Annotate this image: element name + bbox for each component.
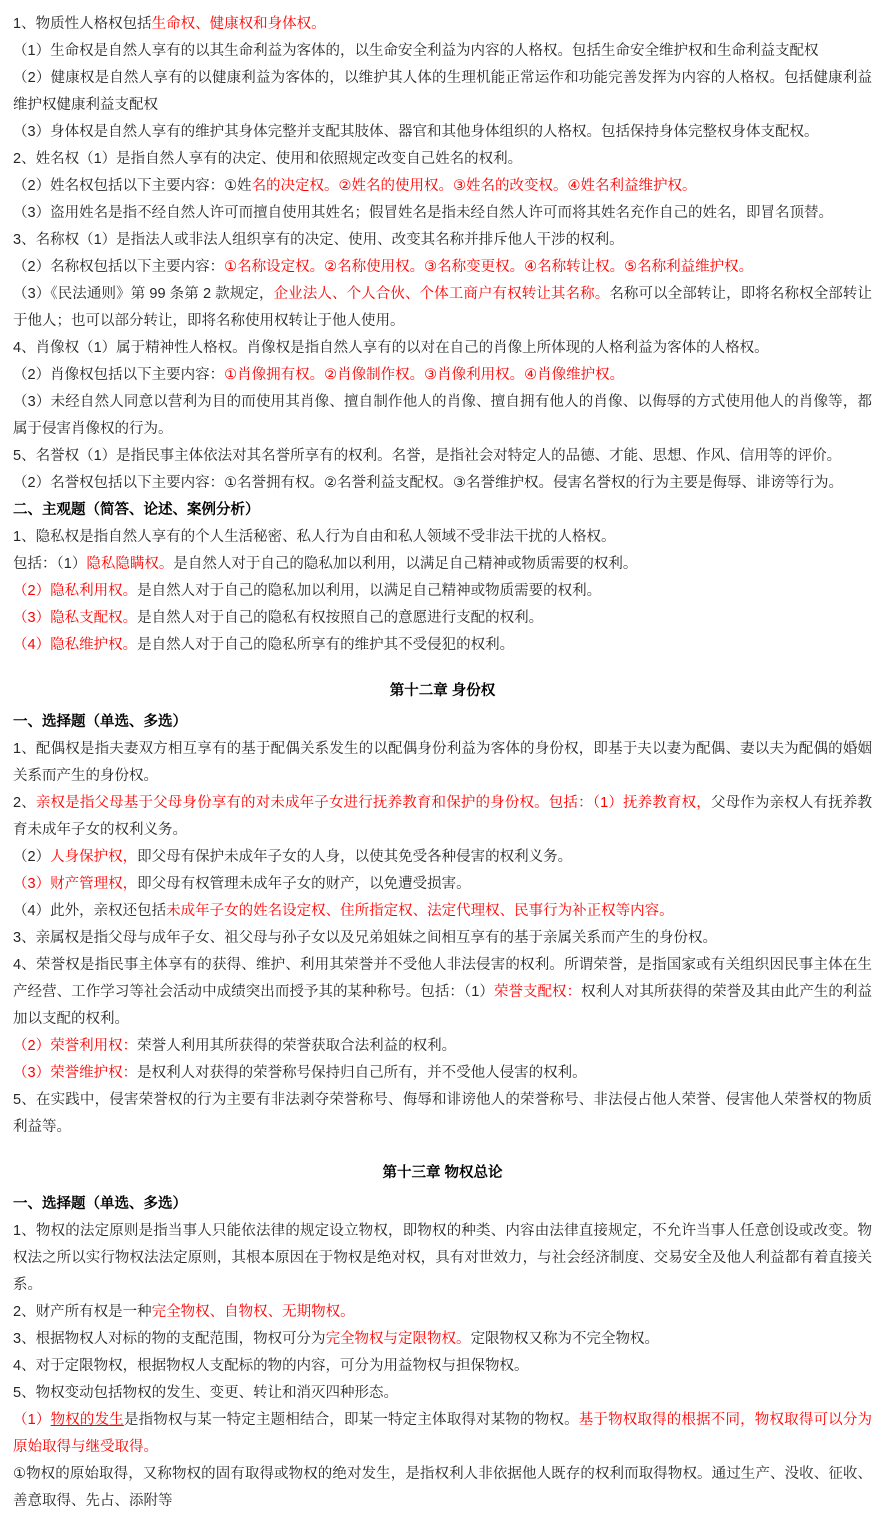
list-item: （3）财产管理权，即父母有权管理未成年子女的财产，以免遭受损害。 [13,871,872,898]
list-item: （4）隐私维护权。是自然人对于自己的隐私所享有的维护其不受侵犯的权利。 [13,632,872,659]
text-segment: （3）《民法通则》第 99 条第 2 款规定， [13,286,274,302]
text-segment: ①肖像拥有权。②肖像制作权。③肖像利用权。④肖像维护权。 [224,367,624,383]
text-segment: （1）生命权是自然人享有的以其生命利益为客体的，以生命安全利益为内容的人格权。包… [13,43,819,59]
text-segment: （3）荣誉维护权： [13,1065,137,1081]
list-item: （2）名称权包括以下主要内容：①名称设定权。②名称使用权。③名称变更权。④名称转… [13,254,872,281]
text-segment: （3）隐私支配权。 [13,610,137,626]
list-item: （2）隐私利用权。是自然人对于自己的隐私加以利用，以满足自己精神或物质需要的权利… [13,578,872,605]
list-item: 4、肖像权（1）属于精神性人格权。肖像权是指自然人享有的以对在自己的肖像上所体现… [13,335,872,362]
text-segment: （3）盗用姓名是指不经自然人许可而擅自使用其姓名；假冒姓名是指未经自然人许可而将… [13,205,833,221]
text-segment: （3）未经自然人同意以营利为目的而使用其肖像、擅自制作他人的肖像、擅自拥有他人的… [13,394,872,437]
text-segment: 4、对于定限物权，根据物权人支配标的物的内容，可分为用益物权与担保物权。 [13,1358,529,1374]
text-segment: （2）隐私利用权。 [13,583,137,599]
text-segment: 物权的发生 [51,1412,124,1428]
list-item: 3、根据物权人对标的物的支配范围，物权可分为完全物权与定限物权。定限物权又称为不… [13,1326,872,1353]
list-item: （2）人身保护权，即父母有保护未成年子女的人身，以使其免受各种侵害的权利义务。 [13,844,872,871]
list-item: 5、物权变动包括物权的发生、变更、转让和消灭四种形态。 [13,1380,872,1407]
list-item: 4、对于定限物权，根据物权人支配标的物的内容，可分为用益物权与担保物权。 [13,1353,872,1380]
text-segment: （2）健康权是自然人享有的以健康利益为客体的，以维护其人体的生理机能正常运作和功… [13,70,872,113]
list-item: 5、名誉权（1）是指民事主体依法对其名誉所享有的权利。名誉，是指社会对特定人的品… [13,443,872,470]
text-segment: （3）身体权是自然人享有的维护其身体完整并支配其肢体、器官和其他身体组织的人格权… [13,124,819,140]
list-item: 5、在实践中，侵害荣誉权的行为主要有非法剥夺荣誉称号、侮辱和诽谤他人的荣誉称号、… [13,1087,872,1141]
list-item: 3、亲属权是指父母与成年子女、祖父母与孙子女以及兄弟姐妹之间相互享有的基于亲属关… [13,925,872,952]
list-item: 1、配偶权是指夫妻双方相互享有的基于配偶关系发生的以配偶身份利益为客体的身份权，… [13,736,872,790]
text-segment: 包括：（1） [13,556,86,572]
text-segment: ①名称设定权。②名称使用权。③名称变更权。④名称转让权。⑤名称利益维护权。 [224,259,753,275]
list-item: 1、物质性人格权包括生命权、健康权和身体权。 [13,11,872,38]
list-item: 2、亲权是指父母基于父母身份享有的对未成年子女进行抚养教育和保护的身份权。包括：… [13,790,872,844]
text-segment: 定限物权又称为不完全物权。 [471,1331,660,1347]
text-segment: （2）荣誉利用权： [13,1038,137,1054]
text-segment: 5、物权变动包括物权的发生、变更、转让和消灭四种形态。 [13,1385,398,1401]
text-segment: 1、物权的法定原则是指当事人只能依法律的规定设立物权，即物权的种类、内容由法律直… [13,1223,872,1293]
list-item: （3）未经自然人同意以营利为目的而使用其肖像、擅自制作他人的肖像、擅自拥有他人的… [13,389,872,443]
list-item: 2、姓名权（1）是指自然人享有的决定、使用和依照规定改变自己姓名的权利。 [13,146,872,173]
text-segment: 荣誉支配权： [494,984,581,1000]
text-segment: （2）名誉权包括以下主要内容：①名誉拥有权。②名誉利益支配权。③名誉维护权。侵害… [13,475,843,491]
text-segment: 1、隐私权是指自然人享有的个人生活秘密、私人行为自由和私人领域不受非法干扰的人格… [13,529,616,545]
list-item: （2）肖像权包括以下主要内容：①肖像拥有权。②肖像制作权。③肖像利用权。④肖像维… [13,362,872,389]
chapter-heading: 第十二章 身份权 [13,678,872,705]
text-segment: 2、财产所有权是一种 [13,1304,152,1320]
text-segment: 名的决定权。②姓名的使用权。③姓名的改变权。④姓名利益维护权。 [252,178,697,194]
text-segment: 是自然人对于自己的隐私所享有的维护其不受侵犯的权利。 [137,637,514,653]
text-segment: 3、根据物权人对标的物的支配范围，物权可分为 [13,1331,326,1347]
list-item: （2）荣誉利用权：荣誉人利用其所获得的荣誉获取合法利益的权利。 [13,1033,872,1060]
list-item: （1）生命权是自然人享有的以其生命利益为客体的，以生命安全利益为内容的人格权。包… [13,38,872,65]
document-page: 1、物质性人格权包括生命权、健康权和身体权。（1）生命权是自然人享有的以其生命利… [0,0,885,1535]
text-segment: 3、名称权（1）是指法人或非法人组织享有的决定、使用、改变其名称并排斥他人干涉的… [13,232,624,248]
text-segment: 3、亲属权是指父母与成年子女、祖父母与孙子女以及兄弟姐妹之间相互享有的基于亲属关… [13,930,717,946]
text-segment: 是自然人对于自己的隐私有权按照自己的意愿进行支配的权利。 [137,610,543,626]
section-heading: 一、选择题（单选、多选） [13,709,872,736]
text-segment: 4、肖像权（1）属于精神性人格权。肖像权是指自然人享有的以对在自己的肖像上所体现… [13,340,769,356]
list-item: 1、物权的法定原则是指当事人只能依法律的规定设立物权，即物权的种类、内容由法律直… [13,1218,872,1299]
list-item: （3）隐私支配权。是自然人对于自己的隐私有权按照自己的意愿进行支配的权利。 [13,605,872,632]
text-segment: （2） [13,849,50,865]
list-item: 1、隐私权是指自然人享有的个人生活秘密、私人行为自由和私人领域不受非法干扰的人格… [13,524,872,551]
section-heading: 一、选择题（单选、多选） [13,1191,872,1218]
text-segment: 5、名誉权（1）是指民事主体依法对其名誉所享有的权利。名誉，是指社会对特定人的品… [13,448,841,464]
text-segment: 二、主观题（简答、论述、案例分析） [13,502,260,518]
list-item: （3）身体权是自然人享有的维护其身体完整并支配其肢体、器官和其他身体组织的人格权… [13,119,872,146]
text-segment: （4）隐私维护权。 [13,637,137,653]
text-segment: 是权利人对获得的荣誉称号保持归自己所有，并不受他人侵害的权利。 [137,1065,587,1081]
list-item: （1）物权的发生是指物权与某一特定主题相结合，即某一特定主体取得对某物的物权。基… [13,1407,872,1461]
text-segment: ①物权的原始取得，又称物权的固有取得或物权的绝对发生，是指权利人非依据他人既存的… [13,1466,872,1509]
list-item: 4、荣誉权是指民事主体享有的获得、维护、利用其荣誉并不受他人非法侵害的权利。所谓… [13,952,872,1033]
list-item: （4）此外，亲权还包括未成年子女的姓名设定权、住所指定权、法定代理权、民事行为补… [13,898,872,925]
text-segment: 一、选择题（单选、多选） [13,714,187,730]
text-segment: 未成年子女的姓名设定权、住所指定权、法定代理权、民事行为补正权等内容。 [166,903,674,919]
list-item: 2、财产所有权是一种完全物权、自物权、无期物权。 [13,1299,872,1326]
list-item: （2）姓名权包括以下主要内容：①姓名的决定权。②姓名的使用权。③姓名的改变权。④… [13,173,872,200]
text-segment: 即父母有保护未成年子女的人身，以使其免受各种侵害的权利义务。 [137,849,572,865]
text-segment: 是自然人对于自己的隐私加以利用，以满足自己精神或物质需要的权利。 [173,556,637,572]
text-segment: 是指物权与某一特定主题相结合，即某一特定主体取得对某物的物权。 [124,1412,579,1428]
list-item: 3、名称权（1）是指法人或非法人组织享有的决定、使用、改变其名称并排斥他人干涉的… [13,227,872,254]
list-item: （3）荣誉维护权：是权利人对获得的荣誉称号保持归自己所有，并不受他人侵害的权利。 [13,1060,872,1087]
text-segment: 完全物权、自物权、无期物权。 [152,1304,355,1320]
text-segment: （1） [13,1412,51,1428]
text-segment: （2）姓名权包括以下主要内容：①姓 [13,178,252,194]
text-segment: 第十三章 物权总论 [382,1165,502,1181]
text-segment: 2、姓名权（1）是指自然人享有的决定、使用和依照规定改变自己姓名的权利。 [13,151,522,167]
text-segment: 2、 [13,795,36,811]
text-segment: 一、选择题（单选、多选） [13,1196,187,1212]
list-item: ①物权的原始取得，又称物权的固有取得或物权的绝对发生，是指权利人非依据他人既存的… [13,1461,872,1515]
section-heading: 二、主观题（简答、论述、案例分析） [13,497,872,524]
text-segment: 亲权是指父母基于父母身份享有的对未成年子女进行抚养教育和保护的身份权。包括：（1… [36,795,711,811]
text-segment: 第十二章 身份权 [390,683,496,699]
list-item: 包括：（1）隐私隐瞒权。是自然人对于自己的隐私加以利用，以满足自己精神或物质需要… [13,551,872,578]
text-segment: 即父母有权管理未成年子女的财产，以免遭受损害。 [137,876,471,892]
text-segment: 荣誉人利用其所获得的荣誉获取合法利益的权利。 [137,1038,456,1054]
text-segment: （3）财产管理权， [13,876,137,892]
chapter-heading: 第十三章 物权总论 [13,1160,872,1187]
text-segment: 生命权、健康权和身体权。 [152,16,326,32]
text-segment: 5、在实践中，侵害荣誉权的行为主要有非法剥夺荣誉称号、侮辱和诽谤他人的荣誉称号、… [13,1092,872,1135]
list-item: （2）健康权是自然人享有的以健康利益为客体的，以维护其人体的生理机能正常运作和功… [13,65,872,119]
text-segment: 1、物质性人格权包括 [13,16,152,32]
list-item: （3）盗用姓名是指不经自然人许可而擅自使用其姓名；假冒姓名是指未经自然人许可而将… [13,200,872,227]
text-segment: 完全物权与定限物权。 [326,1331,471,1347]
text-segment: 企业法人、个人合伙、个体工商户有权转让其名称。 [274,286,610,302]
text-segment: 1、配偶权是指夫妻双方相互享有的基于配偶关系发生的以配偶身份利益为客体的身份权，… [13,741,872,784]
text-segment: 是自然人对于自己的隐私加以利用，以满足自己精神或物质需要的权利。 [137,583,601,599]
list-item: （2）名誉权包括以下主要内容：①名誉拥有权。②名誉利益支配权。③名誉维护权。侵害… [13,470,872,497]
list-item: （3）《民法通则》第 99 条第 2 款规定，企业法人、个人合伙、个体工商户有权… [13,281,872,335]
text-segment: 人身保护权， [50,849,137,865]
text-segment: 隐私隐瞒权。 [86,556,173,572]
text-segment: （4）此外，亲权还包括 [13,903,166,919]
text-segment: （2）肖像权包括以下主要内容： [13,367,224,383]
text-segment: （2）名称权包括以下主要内容： [13,259,224,275]
